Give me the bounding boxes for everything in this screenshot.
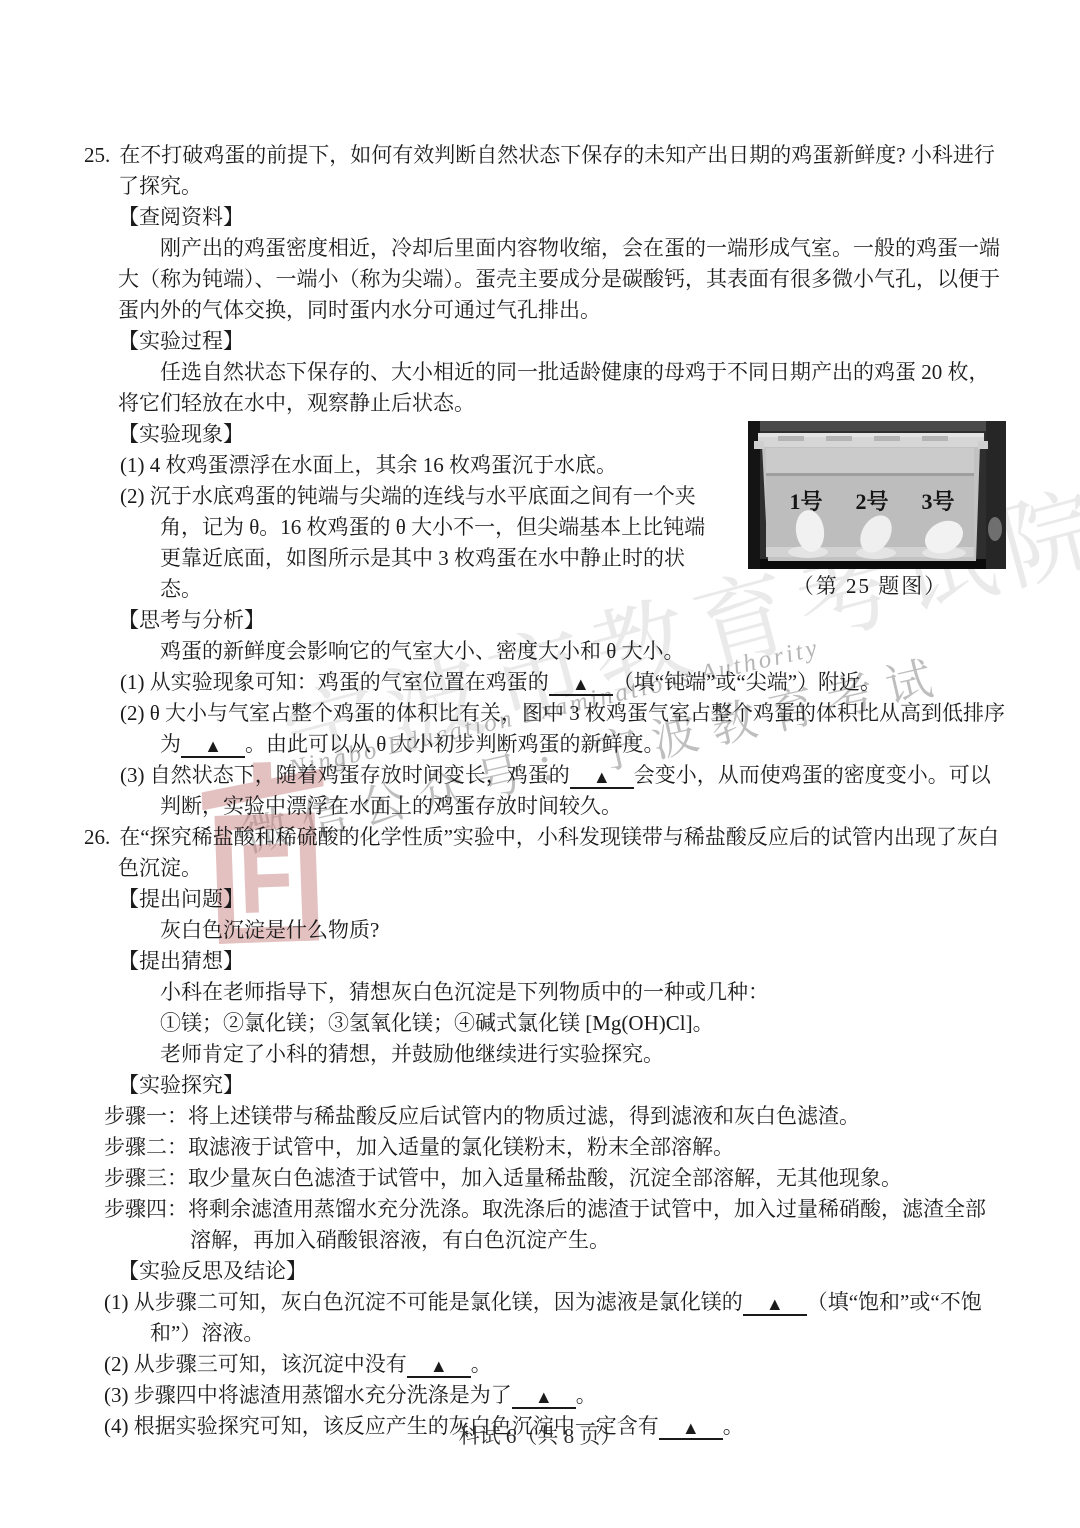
- conclusion-item-2-text-b: 。: [471, 1352, 492, 1376]
- analysis-item-1-text-a: (1) 从实验现象可知：鸡蛋的气室位置在鸡蛋的: [120, 670, 549, 694]
- section-title-exploration: 【实验探究】: [118, 1070, 1006, 1101]
- conclusion-item-2-text-a: (2) 从步骤三可知，该沉淀中没有: [104, 1352, 407, 1376]
- egg-label-2: 2号: [855, 489, 888, 514]
- analysis-item-3: (3) 自然状态下，随着鸡蛋存放时间变长，鸡蛋的▲会变小，从而使鸡蛋的密度变小。…: [120, 760, 1006, 822]
- water-surface: [766, 473, 974, 476]
- exploration-step-1: 步骤一：将上述镁带与稀盐酸反应后试管内的物质过滤，得到滤液和灰白色滤渣。: [104, 1101, 1006, 1132]
- section-title-analysis: 【思考与分析】: [118, 605, 1006, 636]
- analysis-item-2: (2) θ 大小与气室占整个鸡蛋的体积比有关，图中 3 枚鸡蛋气室占整个鸡蛋的体…: [120, 698, 1006, 760]
- reference-paragraph: 刚产出的鸡蛋密度相近，冷却后里面内容物收缩，会在蛋的一端形成气室。一般的鸡蛋一端…: [118, 233, 1006, 326]
- air-gap: [766, 448, 974, 473]
- container-handle-right: [978, 441, 988, 449]
- figure-caption: （第 25 题图）: [734, 571, 1006, 601]
- photo-right-strip: [986, 421, 1006, 569]
- question-statement: 灰白色沉淀是什么物质?: [160, 915, 1006, 946]
- conclusion-item-3: (3) 步骤四中将滤渣用蒸馏水充分洗涤是为了▲。: [104, 1380, 1006, 1411]
- answer-blank: ▲: [181, 736, 245, 758]
- exploration-step-3: 步骤三：取少量灰白色滤渣于试管中，加入适量稀盐酸，沉淀全部溶解，无其他现象。: [104, 1163, 1006, 1194]
- question-26-number: 26.: [84, 825, 110, 849]
- conclusion-item-2: (2) 从步骤三可知，该沉淀中没有▲。: [104, 1349, 1006, 1380]
- hypothesis-line-1: 小科在老师指导下，猜想灰白色沉淀是下列物质中的一种或几种：: [160, 977, 1006, 1008]
- egg-label-1: 1号: [789, 489, 822, 514]
- rim-tab: [874, 436, 900, 441]
- analysis-item-2-text-b: 。由此可以从 θ 大小初步判断鸡蛋的新鲜度。: [245, 732, 665, 756]
- question-26-intro: 26.在“探究稀盐酸和稀硫酸的化学性质”实验中，小科发现镁带与稀盐酸反应后的试管…: [84, 822, 1006, 884]
- answer-blank: ▲: [512, 1387, 576, 1409]
- answer-blank: ▲: [407, 1356, 471, 1378]
- section-title-procedure: 【实验过程】: [118, 326, 1006, 357]
- conclusion-item-1-text-a: (1) 从步骤二可知，灰白色沉淀不可能是氯化镁，因为滤液是氯化镁的: [104, 1290, 743, 1314]
- conclusion-item-1: (1) 从步骤二可知，灰白色沉淀不可能是氯化镁，因为滤液是氯化镁的▲（填“饱和”…: [104, 1287, 1006, 1349]
- photo-top-strip: [748, 421, 1006, 431]
- page-footer: 科试 6（共 8 页）: [0, 1420, 1080, 1450]
- analysis-intro: 鸡蛋的新鲜度会影响它的气室大小、密度大小和 θ 大小。: [160, 636, 1006, 667]
- hypothesis-line-2: ①镁；②氯化镁；③氢氧化镁；④碱式氯化镁 [Mg(OH)Cl]。: [160, 1008, 1006, 1039]
- section-title-reference: 【查阅资料】: [118, 202, 1006, 233]
- analysis-item-3-text-a: (3) 自然状态下，随着鸡蛋存放时间变长，鸡蛋的: [120, 763, 570, 787]
- analysis-item-1: (1) 从实验现象可知：鸡蛋的气室位置在鸡蛋的▲（填“钝端”或“尖端”）附近。: [120, 667, 1006, 698]
- egg-label-3: 3号: [921, 489, 954, 514]
- exploration-step-4: 步骤四：将剩余滤渣用蒸馏水充分洗涤。取洗涤后的滤渣于试管中，加入过量稀硝酸，滤渣…: [104, 1194, 1006, 1256]
- section-title-conclusion: 【实验反思及结论】: [118, 1256, 1006, 1287]
- page-content: 25.在不打破鸡蛋的前提下，如何有效判断自然状态下保存的未知产出日期的鸡蛋新鲜度…: [84, 140, 1006, 1442]
- section-title-question: 【提出问题】: [118, 884, 1006, 915]
- answer-blank: ▲: [549, 674, 613, 696]
- question-25-text: 在不打破鸡蛋的前提下，如何有效判断自然状态下保存的未知产出日期的鸡蛋新鲜度? 小…: [118, 143, 995, 198]
- question-25-intro: 25.在不打破鸡蛋的前提下，如何有效判断自然状态下保存的未知产出日期的鸡蛋新鲜度…: [84, 140, 1006, 202]
- question-26-text: 在“探究稀盐酸和稀硫酸的化学性质”实验中，小科发现镁带与稀盐酸反应后的试管内出现…: [118, 825, 999, 880]
- container-handle-left: [754, 441, 764, 449]
- procedure-paragraph: 任选自然状态下保存的、大小相近的同一批适龄健康的母鸡于不同日期产出的鸡蛋 20 …: [118, 357, 1006, 419]
- conclusion-item-3-text-b: 。: [576, 1383, 597, 1407]
- egg-photo: 1号 2号 3号: [748, 421, 1006, 569]
- hypothesis-line-3: 老师肯定了小科的猜想，并鼓励他继续进行实验探究。: [160, 1039, 1006, 1070]
- figure-q25: 1号 2号 3号 （第 25 题图）: [734, 421, 1006, 601]
- section-title-hypothesis: 【提出猜想】: [118, 946, 1006, 977]
- rim-tab: [778, 436, 804, 441]
- answer-blank: ▲: [743, 1294, 807, 1316]
- photo-right-highlight: [988, 517, 1002, 541]
- answer-blank: ▲: [570, 767, 634, 789]
- rim-tab: [826, 436, 852, 441]
- conclusion-item-3-text-a: (3) 步骤四中将滤渣用蒸馏水充分洗涤是为了: [104, 1383, 512, 1407]
- exam-page: 宁波市教育考试院 Ningbo Education Examinations A…: [0, 0, 1080, 1528]
- rim-tab: [922, 436, 948, 441]
- exploration-step-2: 步骤二：取滤液于试管中，加入适量的氯化镁粉末，粉末全部溶解。: [104, 1132, 1006, 1163]
- question-25-number: 25.: [84, 143, 110, 167]
- analysis-item-1-text-b: （填“钝端”或“尖端”）附近。: [613, 670, 881, 694]
